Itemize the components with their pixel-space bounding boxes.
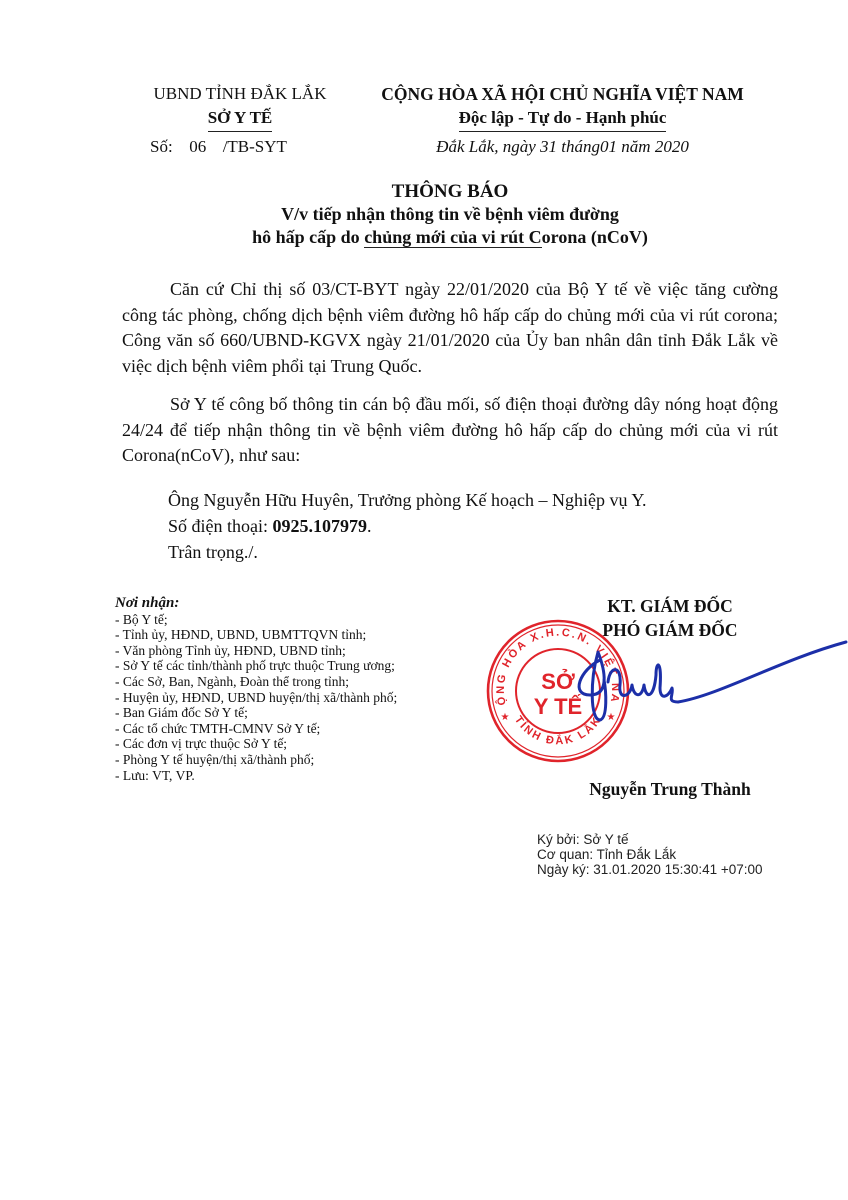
document-title: THÔNG BÁO V/v tiếp nhận thông tin về bện…	[120, 180, 780, 249]
number-suffix: /TB-SYT	[223, 137, 287, 156]
recipients-label: Nơi nhận:	[115, 596, 397, 612]
phone-line: Số điện thoại: 0925.107979.	[168, 513, 647, 539]
number-label: Số:	[150, 137, 173, 156]
closing: Trân trọng./.	[168, 539, 647, 565]
title-underline: chủng mới của vi rút C	[364, 227, 541, 248]
signature-title-line1: KT. GIÁM ĐỐC	[520, 594, 820, 618]
svg-text:★: ★	[501, 712, 510, 723]
document-number: Số:06/TB-SYT	[120, 135, 360, 159]
body-paragraph-1: Căn cứ Chỉ thị số 03/CT-BYT ngày 22/01/2…	[122, 277, 778, 379]
date-year-label: năm	[621, 137, 650, 156]
authority-name: UBND TỈNH ĐẮK LẮK	[120, 82, 360, 106]
date-place: Đắk Lắk,	[436, 137, 498, 156]
recipient-item: - Huyện ủy, HĐND, UBND huyện/thị xã/thàn…	[115, 690, 397, 706]
recipient-item: - Bộ Y tế;	[115, 612, 397, 628]
issuing-authority-block: UBND TỈNH ĐẮK LẮK SỞ Y TẾ Số:06/TB-SYT	[120, 82, 360, 159]
signed-by: Ký bởi: Sở Y tế	[537, 832, 763, 847]
department-name: SỞ Y TẾ	[208, 106, 273, 132]
national-title-block: CỘNG HÒA XÃ HỘI CHỦ NGHĨA VIỆT NAM Độc l…	[365, 82, 760, 159]
nation-name: CỘNG HÒA XÃ HỘI CHỦ NGHĨA VIỆT NAM	[365, 82, 760, 106]
title-subject-line1: V/v tiếp nhận thông tin về bệnh viêm đườ…	[120, 203, 780, 226]
recipient-item: - Tỉnh ủy, HĐND, UBND, UBMTTQVN tỉnh;	[115, 627, 397, 643]
contact-info: Ông Nguyễn Hữu Huyên, Trưởng phòng Kế ho…	[168, 487, 647, 565]
national-motto: Độc lập - Tự do - Hạnh phúc	[459, 106, 667, 132]
title-heading: THÔNG BÁO	[120, 180, 780, 203]
recipient-item: - Lưu: VT, VP.	[115, 768, 397, 784]
contact-person: Ông Nguyễn Hữu Huyên, Trưởng phòng Kế ho…	[168, 487, 647, 513]
recipient-item: - Các tổ chức TMTH-CMNV Sở Y tế;	[115, 721, 397, 737]
date-month: 01	[600, 137, 617, 156]
phone-number: 0925.107979	[273, 516, 368, 536]
date-day: 31	[540, 137, 557, 156]
issue-date: Đắk Lắk, ngày 31 tháng01 năm 2020	[365, 135, 760, 159]
title-subject-line2: hô hấp cấp do chủng mới của vi rút Coron…	[120, 226, 780, 249]
recipient-item: - Sở Y tế các tỉnh/thành phố trực thuộc …	[115, 658, 397, 674]
recipient-item: - Các đơn vị trực thuộc Sở Y tế;	[115, 736, 397, 752]
recipient-item: - Ban Giám đốc Sở Y tế;	[115, 705, 397, 721]
signed-date: Ngày ký: 31.01.2020 15:30:41 +07:00	[537, 862, 763, 877]
recipient-item: - Văn phòng Tỉnh ủy, HĐND, UBND tỉnh;	[115, 643, 397, 659]
digital-signature-info: Ký bởi: Sở Y tế Cơ quan: Tỉnh Đắk Lắk Ng…	[537, 832, 763, 877]
handwritten-signature-icon	[560, 640, 848, 730]
number-value: 06	[173, 135, 223, 159]
body-paragraph-2: Sở Y tế công bố thông tin cán bộ đầu mối…	[122, 392, 778, 469]
date-day-label: ngày	[503, 137, 536, 156]
recipient-item: - Phòng Y tế huyện/thị xã/thành phố;	[115, 752, 397, 768]
signing-agency: Cơ quan: Tỉnh Đắk Lắk	[537, 847, 763, 862]
date-month-label: tháng	[561, 137, 600, 156]
date-year: 2020	[655, 137, 689, 156]
signer-name: Nguyễn Trung Thành	[520, 779, 820, 800]
recipients-list: Nơi nhận: - Bộ Y tế; - Tỉnh ủy, HĐND, UB…	[115, 596, 397, 783]
recipient-item: - Các Sở, Ban, Ngành, Đoàn thể trong tỉn…	[115, 674, 397, 690]
